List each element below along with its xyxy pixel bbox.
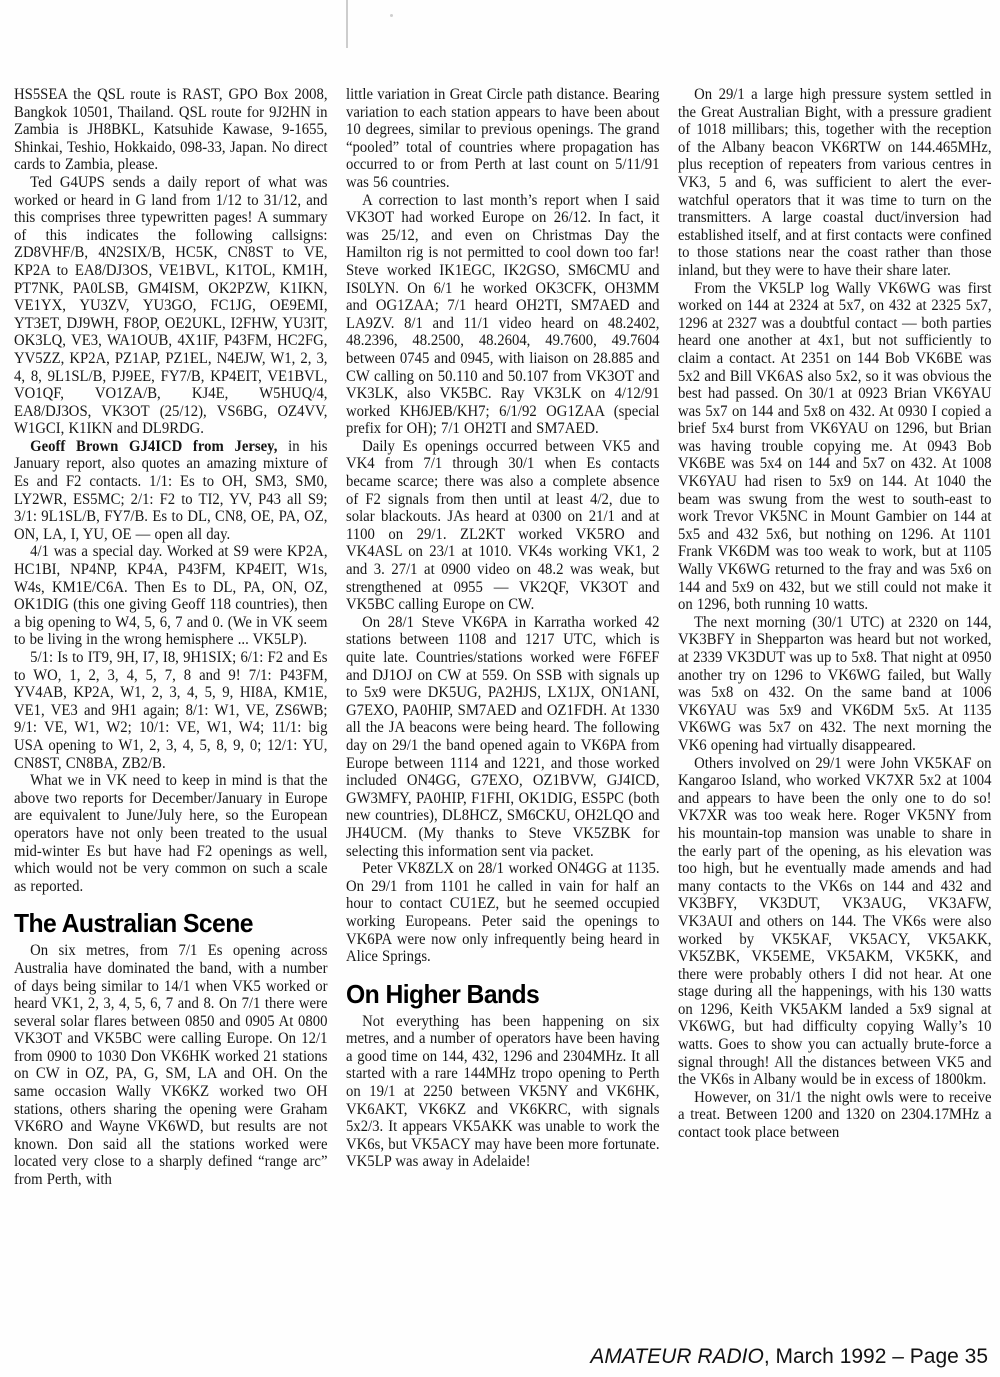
paragraph: Not everything has been happening on six…: [346, 1013, 660, 1171]
paragraph: Others involved on 29/1 were John VK5KAF…: [678, 755, 992, 1089]
paragraph: On 28/1 Steve VK6PA in Karratha worked 4…: [346, 614, 660, 860]
paragraph-lead-bold: Geoff Brown GJ4ICD from Jersey,: [30, 438, 277, 455]
paragraph: The next morning (30/1 UTC) at 2320 on 1…: [678, 614, 992, 755]
text-column-3: On 29/1 a large high pressure system set…: [678, 86, 992, 1142]
paragraph: Daily Es openings occurred between VK5 a…: [346, 438, 660, 614]
footer-issue-page: , March 1992 – Page 35: [764, 1345, 988, 1368]
scan-artifact-line: [346, 0, 348, 48]
paragraph: 4/1 was a special day. Worked at S9 were…: [14, 543, 328, 649]
section-heading: The Australian Scene: [14, 910, 328, 937]
paragraph: Ted G4UPS sends a daily report of what w…: [14, 174, 328, 438]
magazine-page: HS5SEA the QSL route is RAST, GPO Box 20…: [0, 0, 1000, 1377]
paragraph: HS5SEA the QSL route is RAST, GPO Box 20…: [14, 86, 328, 174]
paragraph: From the VK5LP log Wally VK6WG was first…: [678, 280, 992, 614]
paragraph: On 29/1 a large high pressure system set…: [678, 86, 992, 280]
paragraph: On six metres, from 7/1 Es opening acros…: [14, 942, 328, 1188]
paragraph: What we in VK need to keep in mind is th…: [14, 772, 328, 895]
text-column-1: HS5SEA the QSL route is RAST, GPO Box 20…: [14, 86, 328, 1189]
paragraph: little variation in Great Circle path di…: [346, 86, 660, 192]
text-column-2: little variation in Great Circle path di…: [346, 86, 660, 1171]
paragraph: However, on 31/1 the night owls were to …: [678, 1089, 992, 1142]
paragraph: Peter VK8ZLX on 28/1 worked ON4GG at 113…: [346, 860, 660, 966]
paragraph: Geoff Brown GJ4ICD from Jersey, in his J…: [14, 438, 328, 544]
paragraph: A correction to last month’s report when…: [346, 192, 660, 438]
page-footer: AMATEUR RADIO, March 1992 – Page 35: [590, 1345, 988, 1369]
footer-journal-title: AMATEUR RADIO: [590, 1345, 763, 1368]
section-heading: On Higher Bands: [346, 981, 660, 1008]
scan-artifact-dot: [390, 14, 393, 17]
paragraph: 5/1: Is to IT9, 9H, I7, I8, 9H1SIX; 6/1:…: [14, 649, 328, 772]
